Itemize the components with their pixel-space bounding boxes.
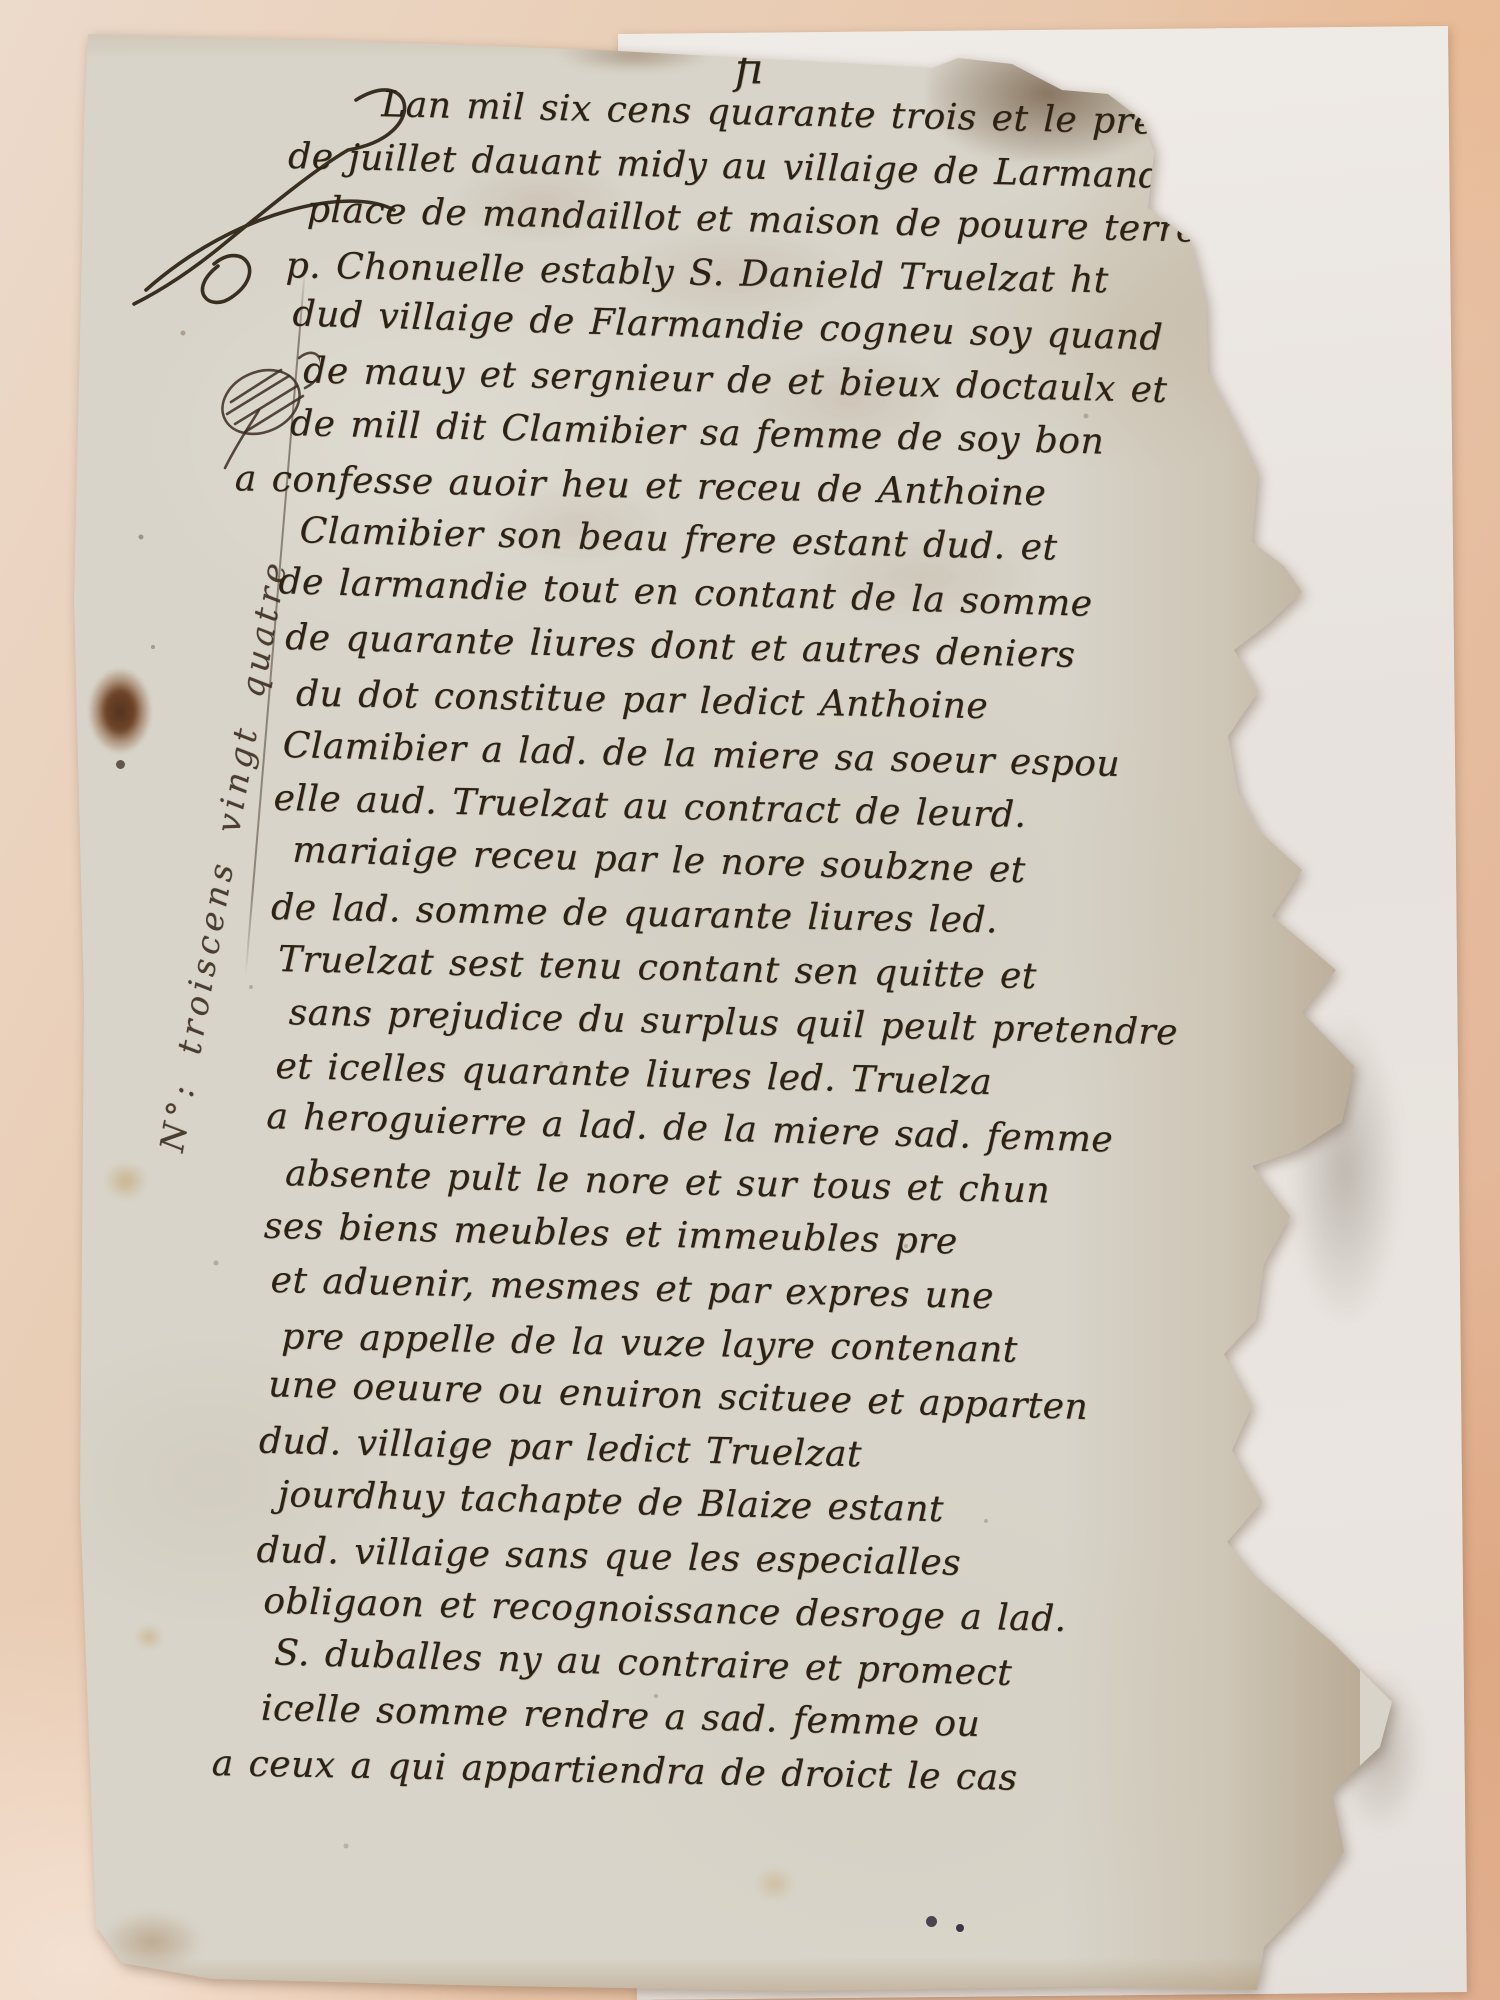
manuscript-page: fi N°: troiscens vingt quatre (0, 0, 1500, 2000)
manuscript-paper-wrap: fi N°: troiscens vingt quatre (0, 0, 1500, 2000)
ink-dot (956, 1924, 964, 1932)
brown-stain (88, 668, 152, 754)
paper-specks (0, 0, 2, 2)
ink-dot (926, 1916, 937, 1927)
small-stain-dot (116, 760, 125, 769)
text-block: Lan mil six cens quarante trois et le pr… (251, 76, 1330, 1813)
corner-browning (92, 1906, 212, 1978)
foxing-stain (132, 1622, 166, 1652)
foxing-stain (752, 1864, 798, 1904)
top-edge-smear (540, 34, 730, 76)
photograph-of-manuscript: fi N°: troiscens vingt quatre (0, 0, 1500, 2000)
foxing-stain (100, 1158, 152, 1204)
